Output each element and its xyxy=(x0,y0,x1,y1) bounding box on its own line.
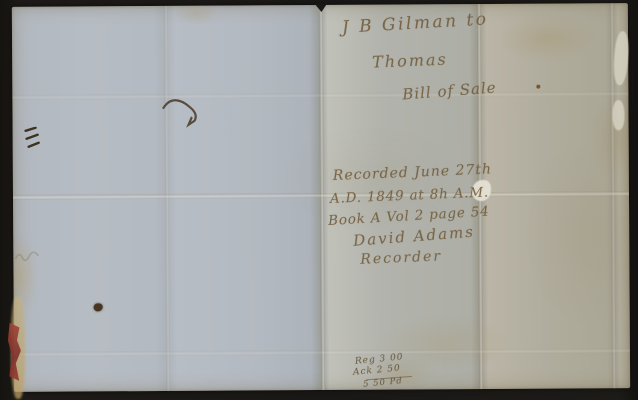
wax-seal-remnant xyxy=(8,323,21,381)
pen-strokes-mark xyxy=(22,127,44,153)
fold-crease-horizontal-main xyxy=(13,191,629,200)
ink-squiggle-mark xyxy=(160,92,212,134)
photo-background: J B Gilman to Thomas Bill of Sale Record… xyxy=(0,0,638,400)
ink-blot xyxy=(94,303,103,311)
fold-crease-horizontal-upper xyxy=(12,91,628,100)
fold-crease-horizontal-lower xyxy=(14,348,630,357)
docket-party-to: Thomas xyxy=(372,50,448,72)
fold-crease-vertical-left xyxy=(319,5,325,390)
ragged-edge-tan xyxy=(11,297,26,399)
recorder-title: Recorder xyxy=(360,248,442,267)
recording-date-line: Recorded June 27th xyxy=(333,161,493,184)
fold-crease-vertical-faint xyxy=(164,6,170,391)
fee-total-line: 5 50 Pd xyxy=(363,376,404,390)
document-paper: J B Gilman to Thomas Bill of Sale Record… xyxy=(12,3,630,392)
small-dirt-dot xyxy=(536,85,540,89)
fold-crease-vertical-edge xyxy=(610,3,616,388)
docket-party-from: J B Gilman to xyxy=(341,9,489,38)
recorder-signature: David Adams xyxy=(353,223,476,250)
paper-stains xyxy=(12,3,630,392)
paper-edge-notch xyxy=(315,4,327,12)
faint-scribble-mark xyxy=(13,247,43,265)
damage-patch-right-lower xyxy=(612,100,624,130)
docket-doc-type: Bill of Sale xyxy=(402,78,498,103)
recording-year-time-line: A.D. 1849 at 8h A.M. xyxy=(330,184,490,207)
damage-patch-right-upper xyxy=(612,31,629,86)
